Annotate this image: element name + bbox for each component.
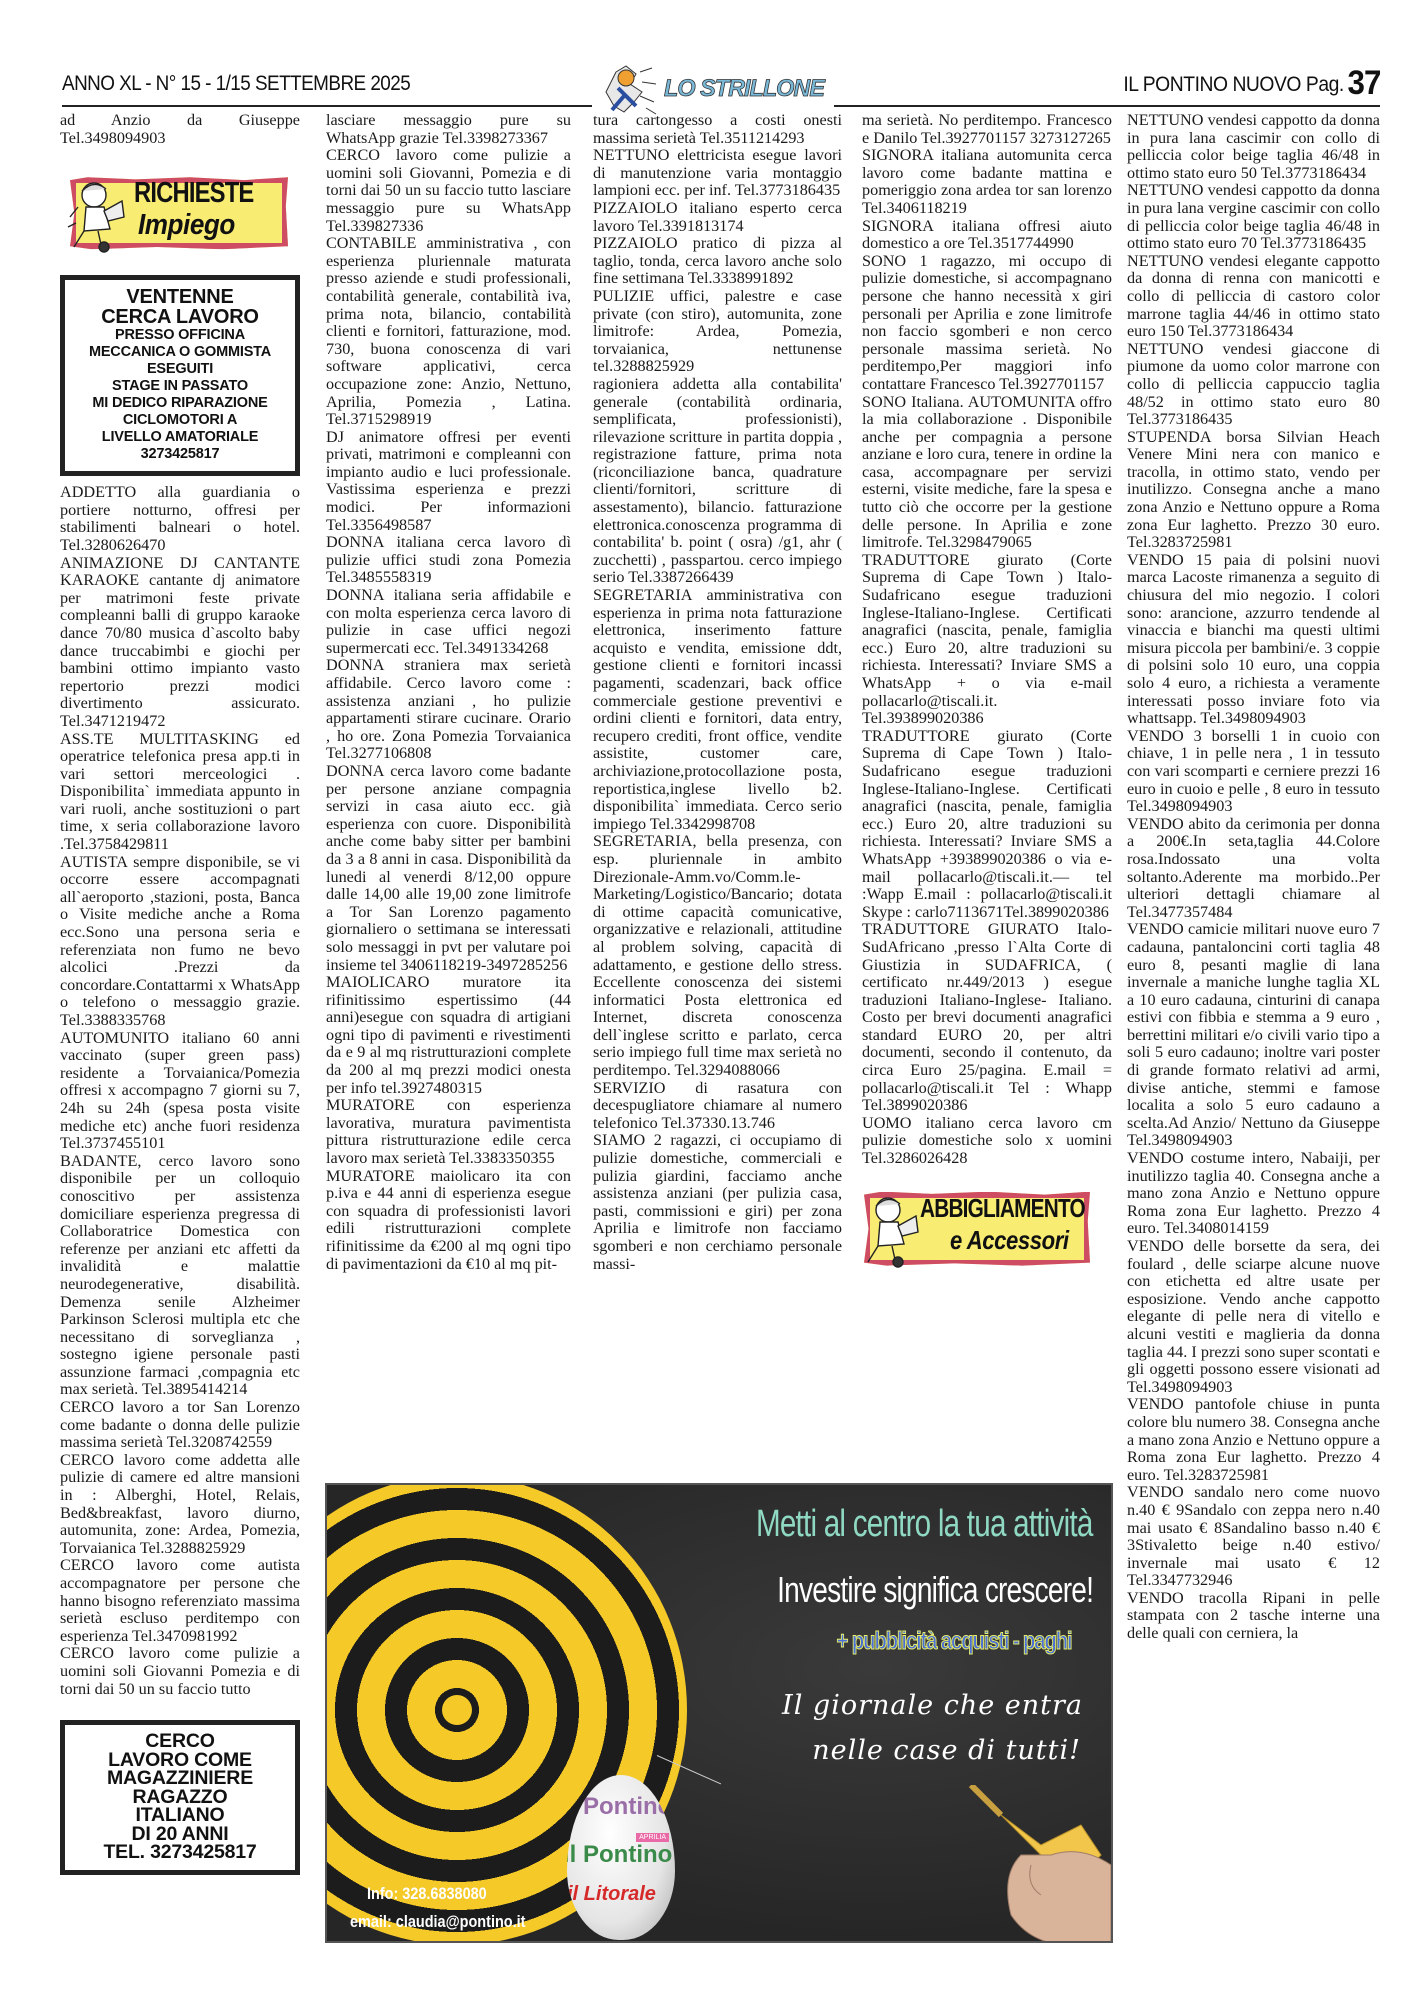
- banner-subtitle: Impiego: [138, 217, 235, 235]
- boxed-ad-line: MI DEDICO RIPARAZIONE: [71, 395, 289, 412]
- classified-ad: CERCO lavoro come addetta alle pulizie d…: [60, 1452, 300, 1558]
- classified-ad: NETTUNO vendesi giaccone di piumone da u…: [1127, 341, 1380, 429]
- boxed-ad-line: CERCO: [71, 1732, 289, 1751]
- brand-pontino-aprilia: il Pontino: [567, 1841, 672, 1869]
- ad-text: camicie militari nuove euro 7 cadauna, p…: [1127, 920, 1380, 1149]
- ad-keyword: ADDETTO: [60, 483, 136, 501]
- header-rule-right: [834, 105, 1380, 107]
- ad-text: sempre disponibile, se vi occorre essere…: [60, 853, 300, 1029]
- ad-keyword: AUTOMUNITO: [60, 1029, 169, 1047]
- issue-info: ANNO XL - N° 15 - 1/15 SETTEMBRE 2025: [62, 72, 410, 96]
- hand-with-dart-icon: [961, 1785, 1111, 1943]
- ad-keyword: CERCO: [60, 1451, 114, 1469]
- ad-text: borsa Silvian Heach Venere Mini nera con…: [1127, 428, 1380, 552]
- ad-keyword: PIZZAIOLO: [593, 234, 678, 252]
- ad-keyword: TRADUTTORE: [862, 551, 970, 569]
- boxed-ad-line: CERCA LAVORO: [71, 307, 289, 327]
- ad-keyword: NETTUNO: [593, 146, 669, 164]
- column-2: lasciare messaggio pure su WhatsApp graz…: [326, 112, 571, 1273]
- ad-keyword: CERCO: [326, 146, 380, 164]
- classified-ad: VENDO 3 borselli 1 in cuoio con chiave, …: [1127, 728, 1380, 816]
- ad-keyword: DONNA: [326, 533, 384, 551]
- classified-ad: SONO 1 ragazzo, mi occupo di pulizie dom…: [862, 253, 1112, 394]
- classified-ad: DONNA straniera max serietà affidabile. …: [326, 657, 571, 763]
- boxed-ad-line: MAGAZZINIERE: [71, 1769, 289, 1788]
- ad-keyword: DONNA: [326, 586, 384, 604]
- classified-ad: MAIOLICARO muratore ita rifinitissimo es…: [326, 974, 571, 1097]
- classified-ad: VENDO pantofole chiuse in punta colore b…: [1127, 1396, 1380, 1484]
- ad-keyword: PULIZIE: [593, 287, 654, 305]
- column-3: tura cartongesso a costi onesti massima …: [593, 112, 842, 1273]
- ad-keyword: BADANTE: [60, 1152, 137, 1170]
- classified-ad: ad Anzio da Giuseppe Tel.3498094903: [60, 112, 300, 147]
- ad-list: ADDETTO alla guardiania o portiere nottu…: [60, 484, 300, 1698]
- classified-ad: VENDO delle borsette da sera, dei foular…: [1127, 1238, 1380, 1396]
- publication-page: IL PONTINO NUOVO Pag.37: [1123, 64, 1380, 103]
- ad-keyword: PIZZAIOLO: [593, 199, 678, 217]
- ad-keyword: STUPENDA: [1127, 428, 1211, 446]
- ad-text: Italiana. AUTOMUNITA offro la mia collab…: [862, 393, 1112, 552]
- classified-ad: ma serietà. No perditempo. Francesco e D…: [862, 112, 1112, 147]
- classified-ad: CERCO lavoro come pulizie a uomini soli …: [326, 147, 571, 235]
- ad-list: NETTUNO vendesi cappotto da donna in pur…: [1127, 112, 1380, 1643]
- publication-name: IL PONTINO NUOVO Pag.: [1123, 73, 1343, 96]
- ad-keyword: NETTUNO: [1127, 111, 1203, 129]
- column-1: ad Anzio da Giuseppe Tel.3498094903 RICH…: [60, 112, 300, 1883]
- ad-text: amministrativa con esperienza in prima n…: [593, 586, 842, 833]
- ad-list: lasciare messaggio pure su WhatsApp graz…: [326, 112, 571, 1273]
- promo-email: email: claudia@pontino.it: [350, 1908, 525, 1936]
- promo-contact: Info: 328.6838080 email: claudia@pontino…: [367, 1880, 525, 1936]
- ad-keyword: CERCO: [60, 1556, 114, 1574]
- classified-ad: MURATORE maiolicaro ita con p.iva e 44 a…: [326, 1168, 571, 1274]
- promo-slogan: + pubblicità acquisti - paghi: [836, 1627, 1071, 1656]
- ad-list: tura cartongesso a costi onesti massima …: [593, 112, 842, 1273]
- page-number: 37: [1347, 64, 1380, 102]
- boxed-ad-ventenne: VENTENNE CERCA LAVORO PRESSO OFFICINA ME…: [60, 275, 300, 476]
- column-4: ma serietà. No perditempo. Francesco e D…: [862, 112, 1112, 1274]
- classified-ad: NETTUNO vendesi cappotto da donna in pur…: [1127, 112, 1380, 182]
- classified-ad: BADANTE, cerco lavoro sono disponibile p…: [60, 1153, 300, 1399]
- classified-ad: DONNA italiana cerca lavoro dì pulizie u…: [326, 534, 571, 587]
- classified-ad: VENDO costume intero, Nabaiji, per inuti…: [1127, 1150, 1380, 1238]
- ad-keyword: NETTUNO: [1127, 252, 1203, 270]
- ad-text: , bella presenza, con esp. pluriennale i…: [593, 832, 842, 1079]
- ad-text: italiano 60 anni vaccinato (super green …: [60, 1029, 300, 1153]
- classified-ad: SERVIZIO di rasatura con decespugliatore…: [593, 1080, 842, 1133]
- ad-text: ed operatrice telefonica presa app.ti in…: [60, 730, 300, 854]
- ad-keyword: TRADUTTORE: [862, 727, 970, 745]
- ad-keyword: SEGRETARIA: [593, 586, 692, 604]
- ad-keyword: DJ: [326, 428, 344, 446]
- promo-phone: Info: 328.6838080: [367, 1880, 525, 1908]
- ad-text: animatore offresi per eventi privati, ma…: [326, 428, 571, 534]
- section-banner-richieste-impiego: RICHIESTE Impiego: [64, 171, 292, 257]
- classified-ad: UOMO italiano cerca lavoro cm pulizie do…: [862, 1115, 1112, 1168]
- classified-ad: SONO Italiana. AUTOMUNITA offro la mia c…: [862, 394, 1112, 552]
- classified-ad: CONTABILE amministrativa , con esperienz…: [326, 235, 571, 429]
- classified-ad: SIAMO 2 ragazzi, ci occupiamo di pulizie…: [593, 1132, 842, 1273]
- classified-ad: ASS.TE MULTITASKING ed operatrice telefo…: [60, 731, 300, 854]
- ad-keyword: DONNA: [326, 656, 384, 674]
- promo-tagline-2: nelle case di tutti!: [812, 1735, 1081, 1766]
- classified-ad: SEGRETARIA, bella presenza, con esp. plu…: [593, 833, 842, 1079]
- ad-keyword: VENDO: [1127, 1237, 1184, 1255]
- ad-keyword: SERVIZIO: [593, 1079, 665, 1097]
- ad-keyword: VENDO: [1127, 920, 1184, 938]
- classified-ad: DJ animatore offresi per eventi privati,…: [326, 429, 571, 535]
- classified-ad: VENDO abito da cerimonia per donna a 200…: [1127, 816, 1380, 922]
- classified-ad: NETTUNO vendesi cappotto da donna in pur…: [1127, 182, 1380, 252]
- classified-ad: SIGNORA italiana offresi aiuto domestico…: [862, 218, 1112, 253]
- banner-subtitle: e Accessori: [950, 1232, 1069, 1250]
- ad-keyword: UOMO: [862, 1114, 911, 1132]
- boxed-ad-magazziniere: CERCO LAVORO COME MAGAZZINIERE RAGAZZO I…: [60, 1720, 300, 1875]
- classified-ad: TRADUTTORE GIURATO Italo-SudAfricano ,pr…: [862, 921, 1112, 1115]
- ad-keyword: MAIOLICARO: [326, 973, 429, 991]
- classified-ad: SIGNORA italiana automunita cerca lavoro…: [862, 147, 1112, 217]
- classified-ad: VENDO sandalo nero come nuovo n.40 € 9Sa…: [1127, 1484, 1380, 1590]
- ad-list: ma serietà. No perditempo. Francesco e D…: [862, 112, 1112, 1168]
- banner-title: ABBIGLIAMENTO: [920, 1200, 1085, 1218]
- classified-ad: AUTISTA sempre disponibile, se vi occorr…: [60, 854, 300, 1030]
- ad-keyword: TRADUTTORE GIURATO: [862, 920, 1059, 938]
- ad-text: 15 paia di polsini nuovi marca Lacoste r…: [1127, 551, 1380, 727]
- ad-keyword: MURATORE: [326, 1096, 415, 1114]
- boxed-ad-line: CICLOMOTORI A: [71, 412, 289, 429]
- ad-text: lasciare messaggio pure su WhatsApp graz…: [326, 111, 571, 147]
- promo-headline: Metti al centro la tua attività: [756, 1503, 1093, 1546]
- ad-keyword: SONO: [862, 393, 906, 411]
- ad-keyword: VENDO: [1127, 815, 1184, 833]
- classified-ad: TRADUTTORE giurato (Corte Suprema di Cap…: [862, 728, 1112, 922]
- ad-keyword: VENDO: [1127, 551, 1184, 569]
- classified-ad: TRADUTTORE giurato (Corte Suprema di Cap…: [862, 552, 1112, 728]
- ad-keyword: DONNA: [326, 762, 384, 780]
- classified-ad: ANIMAZIONE DJ CANTANTE KARAOKE cantante …: [60, 555, 300, 731]
- section-banner-abbigliamento: ABBIGLIAMENTO e Accessori: [858, 1186, 1094, 1274]
- classified-ad: VENDO 15 paia di polsini nuovi marca Lac…: [1127, 552, 1380, 728]
- ad-keyword: NETTUNO: [1127, 340, 1203, 358]
- classified-ad: ADDETTO alla guardiania o portiere nottu…: [60, 484, 300, 554]
- classified-ad: CERCO lavoro come autista accompagnatore…: [60, 1557, 300, 1645]
- ad-text: ma serietà. No perditempo. Francesco e D…: [862, 111, 1112, 147]
- classified-ad: VENDO tracolla Ripani in pelle stampata …: [1127, 1590, 1380, 1643]
- ad-text: giurato (Corte Suprema di Cape Town ) It…: [862, 727, 1112, 921]
- ad-text: tura cartongesso a costi onesti massima …: [593, 111, 842, 147]
- column-5: NETTUNO vendesi cappotto da donna in pur…: [1127, 112, 1380, 1643]
- ad-keyword: VENDO: [1127, 1149, 1184, 1167]
- classified-ad: NETTUNO elettricista esegue lavori di ma…: [593, 147, 842, 200]
- ad-keyword: NETTUNO: [1127, 181, 1203, 199]
- classified-ad: NETTUNO vendesi elegante cappotto da don…: [1127, 253, 1380, 341]
- boxed-ad-line: STAGE IN PASSATO: [71, 378, 289, 395]
- ad-keyword: SIGNORA: [862, 146, 933, 164]
- ad-keyword: SEGRETARIA: [593, 832, 692, 850]
- brand-pontino: il Pontino: [567, 1793, 672, 1821]
- newsboy-mascot-icon: [64, 177, 128, 253]
- ad-text: 2 ragazzi, ci occupiamo di pulizie domes…: [593, 1131, 842, 1272]
- boxed-ad-line: VENTENNE: [71, 287, 289, 307]
- promo-subheadline: Investire significa crescere!: [777, 1569, 1093, 1611]
- ad-keyword: SIGNORA: [862, 217, 933, 235]
- boxed-ad-line: ITALIANO: [71, 1806, 289, 1825]
- boxed-ad-line: MECCANICA O GOMMISTA: [71, 344, 289, 361]
- newsboy-mascot-icon: [858, 1192, 922, 1268]
- ad-keyword: MURATORE: [326, 1167, 415, 1185]
- ad-text: muratore ita rifinitissimo espertissimo …: [326, 973, 571, 1097]
- ad-keyword: ASS.TE MULTITASKING: [60, 730, 259, 748]
- classified-ad: ragioniera addetta alla contabilita' gen…: [593, 376, 842, 587]
- classified-ad: lasciare messaggio pure su WhatsApp graz…: [326, 112, 571, 147]
- ad-keyword: CERCO: [60, 1398, 114, 1416]
- ad-keyword: SIAMO: [593, 1131, 645, 1149]
- ad-keyword: CONTABILE: [326, 234, 416, 252]
- classified-ad: DONNA cerca lavoro come badante per pers…: [326, 763, 571, 974]
- classified-ad: tura cartongesso a costi onesti massima …: [593, 112, 842, 147]
- ad-text: Italo-SudAfricano ,presso l`Alta Corte d…: [862, 920, 1112, 1114]
- ad-keyword: AUTISTA: [60, 853, 127, 871]
- classified-ad: AUTOMUNITO italiano 60 anni vaccinato (s…: [60, 1030, 300, 1153]
- promo-advertisement: Metti al centro la tua attività Investir…: [325, 1483, 1113, 1943]
- ad-keyword: CERCO: [60, 1644, 114, 1662]
- ad-text: delle borsette da sera, dei foulard , de…: [1127, 1237, 1380, 1396]
- ad-text: cerca lavoro come badante per persone an…: [326, 762, 571, 974]
- ad-text: 1 ragazzo, mi occupo di pulizie domestic…: [862, 252, 1112, 393]
- ad-text: amministrativa , con esperienza plurienn…: [326, 234, 571, 428]
- classified-ad: CERCO lavoro a tor San Lorenzo come bada…: [60, 1399, 300, 1452]
- banner-title: RICHIESTE: [134, 185, 253, 203]
- ad-text: cantante dj animatore per matrimoni fest…: [60, 571, 300, 730]
- header-rule-left: [62, 105, 592, 107]
- classified-ad: DONNA italiana seria affidabile e con mo…: [326, 587, 571, 657]
- classified-ad: SEGRETARIA amministrativa con esperienza…: [593, 587, 842, 833]
- ad-keyword: VENDO: [1127, 1589, 1184, 1607]
- boxed-ad-line: PRESSO OFFICINA: [71, 327, 289, 344]
- classified-ad: VENDO camicie militari nuove euro 7 cada…: [1127, 921, 1380, 1150]
- ad-keyword: SONO: [862, 252, 906, 270]
- newspaper-egg-image: il Pontino APRILIA il Pontino il Litoral…: [567, 1775, 675, 1940]
- boxed-ad-line: LIVELLO AMATORIALE: [71, 429, 289, 446]
- boxed-ad-phone: 3273425817: [71, 446, 289, 463]
- ad-text: giurato (Corte Suprema di Cape Town ) It…: [862, 551, 1112, 727]
- ad-text: ragioniera addetta alla contabilita' gen…: [593, 375, 842, 587]
- classified-ad: PIZZAIOLO pratico di pizza al taglio, to…: [593, 235, 842, 288]
- classified-ad: PULIZIE uffici, palestre e case private …: [593, 288, 842, 376]
- ad-keyword: VENDO: [1127, 1395, 1184, 1413]
- boxed-ad-phone: TEL. 3273425817: [71, 1843, 289, 1862]
- classified-ad: PIZZAIOLO italiano esperto cerca lavoro …: [593, 200, 842, 235]
- boxed-ad-line: ESEGUITI: [71, 361, 289, 378]
- classified-ad: MURATORE con esperienza lavorativa, mura…: [326, 1097, 571, 1167]
- classified-ad: CERCO lavoro come pulizie a uomini soli …: [60, 1645, 300, 1698]
- ad-keyword: VENDO: [1127, 1483, 1184, 1501]
- logo-text: LO STRILLONE: [664, 75, 826, 102]
- classified-ad: STUPENDA borsa Silvian Heach Venere Mini…: [1127, 429, 1380, 552]
- ad-text: , cerco lavoro sono disponibile per un c…: [60, 1152, 300, 1399]
- promo-tagline-1: Il giornale che entra: [782, 1690, 1083, 1721]
- brand-litorale: il Litorale: [567, 1883, 656, 1906]
- lo-strillone-logo: LO STRILLONE: [596, 62, 834, 116]
- ad-keyword: VENDO: [1127, 727, 1184, 745]
